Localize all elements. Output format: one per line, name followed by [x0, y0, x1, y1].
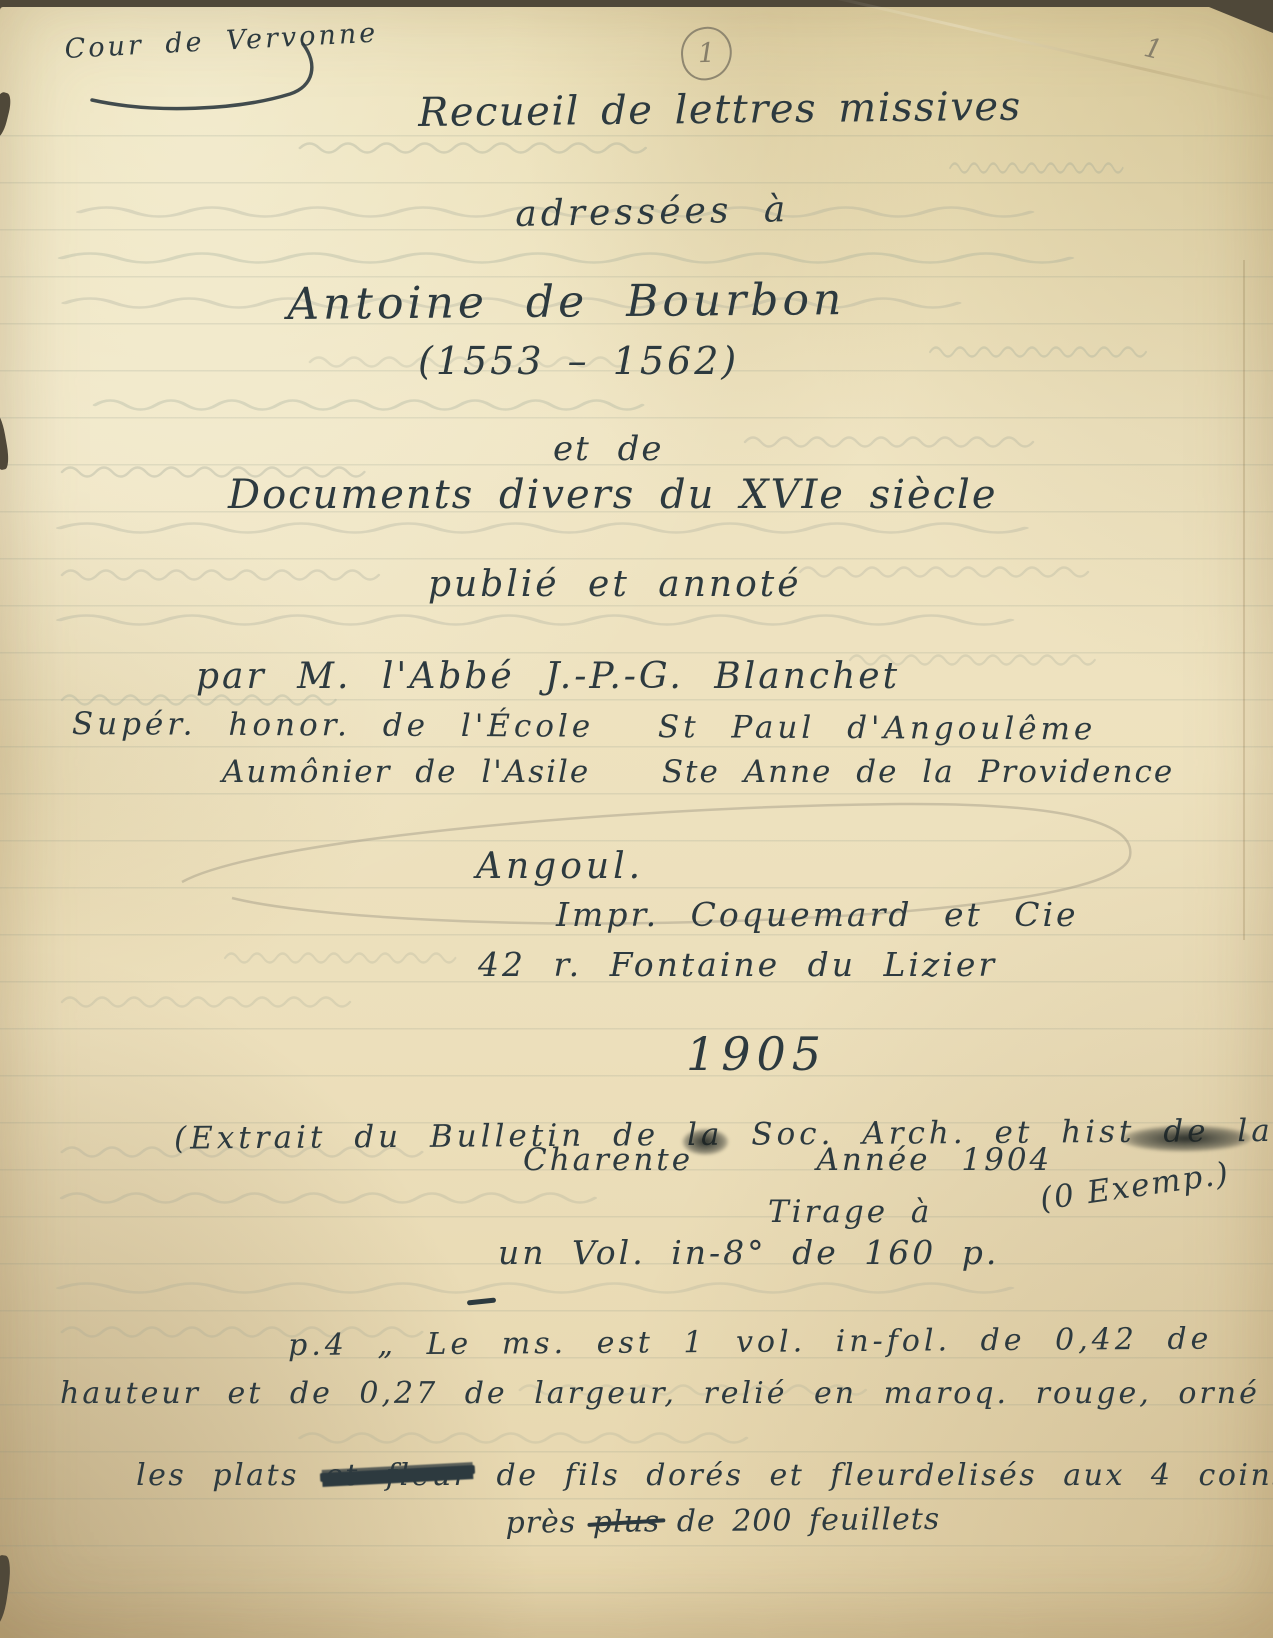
edition-note-charente-line: Charente Année 1904 [523, 1144, 1052, 1177]
description-text: de 200 feuillets [660, 1501, 940, 1538]
title-line-adressees: adressées à [515, 191, 790, 234]
description-text: près [505, 1504, 593, 1540]
imprint-city: Angoul. [476, 848, 644, 886]
title-line-antoine: Antoine de Bourbon [287, 277, 845, 328]
edition-note-tirage: Tirage à [768, 1196, 932, 1229]
imprint-printer: Impr. Coquemard et Cie [556, 898, 1079, 933]
imprint-address: 42 r. Fontaine du Lizier [478, 948, 997, 983]
description-text: les plats [136, 1458, 325, 1493]
extrait-smudged-word: de [1135, 1113, 1237, 1150]
circled-page-number-value: 1 [697, 38, 715, 70]
title-line-author: par M. l'Abbé J.-P.-G. Blanchet [196, 658, 900, 696]
description-line-1: p.4 „ Le ms. est 1 vol. in-fol. de 0,42 … [288, 1324, 1212, 1362]
title-line-author-role1: Supér. honor. de l'École St Paul d'Angou… [72, 708, 1097, 746]
crossed-out-word: plus [593, 1504, 661, 1540]
edition-note-volume: un Vol. in-8° de 160 p. [498, 1236, 999, 1271]
imprint-year: 1905 [686, 1030, 827, 1078]
title-line-dates: (1553 – 1562) [418, 342, 739, 382]
crossed-out-words: et fleur [325, 1458, 470, 1493]
title-line-author-role2: Aumônier de l'Asile Ste Anne de la Provi… [222, 756, 1174, 789]
title-line-documents: Documents divers du XVIe siècle [228, 474, 998, 516]
title-line-et-de: et de [553, 432, 663, 468]
description-line-2: hauteur et de 0,27 de largeur, relié en … [60, 1378, 1273, 1410]
description-line-4: près plus de 200 feuillets [472, 1472, 940, 1539]
title-line-recueil: Recueil de lettres missives [418, 86, 1022, 134]
scanned-manuscript-page: { "document_type": "handwritten manuscri… [0, 0, 1273, 1638]
title-line-publie: publié et annoté [428, 566, 802, 604]
